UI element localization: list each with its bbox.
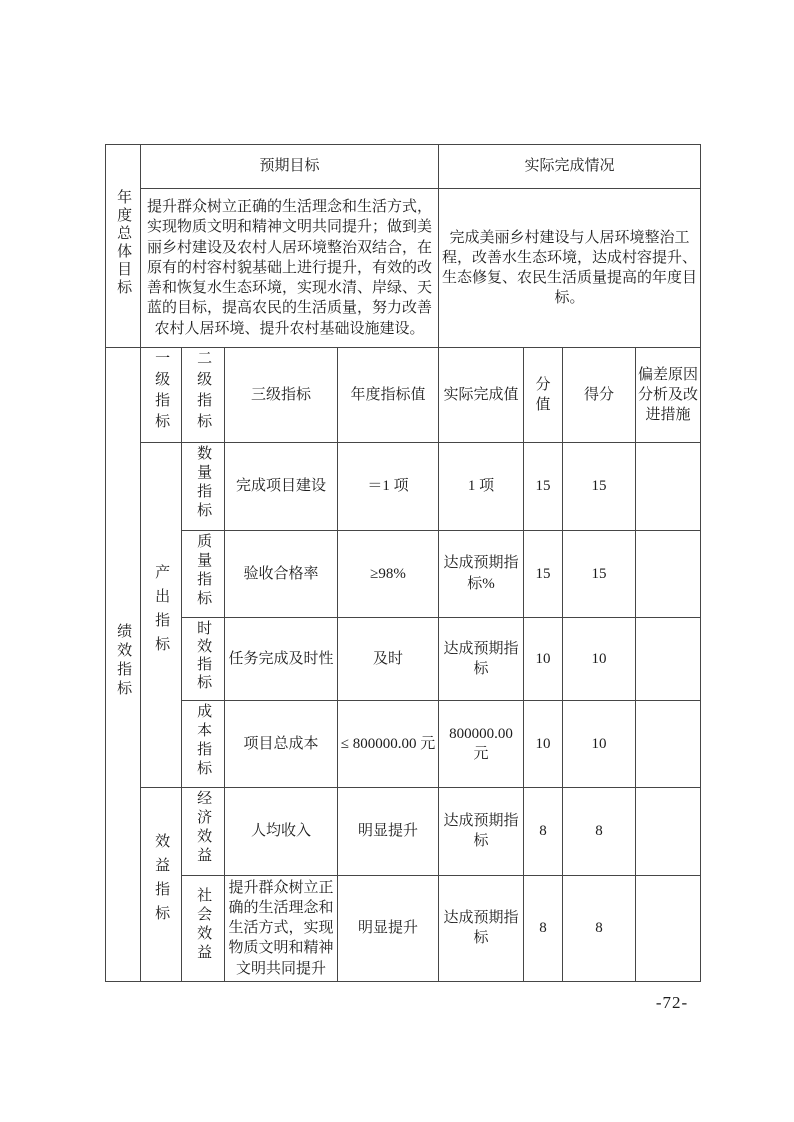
actual-value-cell: 达成预期指标% xyxy=(439,530,524,617)
score-cell: 10 xyxy=(563,701,636,788)
target-value-cell: ≥98% xyxy=(338,530,439,617)
level3-cell: 项目总成本 xyxy=(225,701,338,788)
col-header-level1: 一级指标 xyxy=(141,348,182,443)
goal-header-row: 年度总体目标 预期目标 实际完成情况 xyxy=(106,145,701,189)
expected-goal-text: 提升群众树立正确的生活理念和生活方式，实现物质文明和精神文明共同提升；做到美丽乡… xyxy=(141,189,439,348)
level2-cell: 数量指标 xyxy=(182,443,225,530)
score-cell: 15 xyxy=(563,443,636,530)
indicator-row-cost: 成本指标 项目总成本 ≤ 800000.00 元 800000.00 元 10 … xyxy=(106,701,701,788)
deviation-cell xyxy=(636,788,701,875)
col-header-deviation: 偏差原因分析及改进措施 xyxy=(636,348,701,443)
actual-value-cell: 1 项 xyxy=(439,443,524,530)
level2-cell: 经济效益 xyxy=(182,788,225,875)
document-page: 年度总体目标 预期目标 实际完成情况 提升群众树立正确的生活理念和生活方式，实现… xyxy=(0,0,794,1122)
level3-cell: 验收合格率 xyxy=(225,530,338,617)
overall-goal-row-header-cell: 年度总体目标 xyxy=(106,145,141,348)
actual-completion-header: 实际完成情况 xyxy=(439,145,701,189)
level2-cell: 质量指标 xyxy=(182,530,225,617)
performance-section-label: 绩效指标 xyxy=(113,623,133,699)
goal-text-row: 提升群众树立正确的生活理念和生活方式，实现物质文明和精神文明共同提升；做到美丽乡… xyxy=(106,189,701,348)
level1-output-cell: 产出指标 xyxy=(141,443,182,788)
indicator-row-economic: 效益指标 经济效益 人均收入 明显提升 达成预期指标 8 8 xyxy=(106,788,701,875)
performance-section-cell: 绩效指标 xyxy=(106,348,141,982)
level2-cell: 时效指标 xyxy=(182,617,225,700)
deviation-cell xyxy=(636,701,701,788)
target-value-cell: 明显提升 xyxy=(338,875,439,981)
level2-cell: 成本指标 xyxy=(182,701,225,788)
level3-cell: 任务完成及时性 xyxy=(225,617,338,700)
target-value-cell: ≤ 800000.00 元 xyxy=(338,701,439,788)
page-number: -72- xyxy=(640,993,704,1013)
actual-completion-text: 完成美丽乡村建设与人居环境整治工程，改善水生态环境，达成村容提升、生态修复、农民… xyxy=(439,189,701,348)
actual-value-cell: 达成预期指标 xyxy=(439,788,524,875)
expected-goal-header: 预期目标 xyxy=(141,145,439,189)
col-header-points: 分值 xyxy=(524,348,563,443)
col-header-level3: 三级指标 xyxy=(225,348,338,443)
actual-value-cell: 800000.00 元 xyxy=(439,701,524,788)
score-cell: 8 xyxy=(563,875,636,981)
performance-report-table: 年度总体目标 预期目标 实际完成情况 提升群众树立正确的生活理念和生活方式，实现… xyxy=(105,144,701,982)
deviation-cell xyxy=(636,443,701,530)
indicator-row-social: 社会效益 提升群众树立正确的生活理念和生活方式，实现物质文明和精神文明共同提升 … xyxy=(106,875,701,981)
indicator-header-row: 绩效指标 一级指标 二级指标 三级指标 年度指标值 实际完成值 分值 得分 偏差… xyxy=(106,348,701,443)
score-cell: 8 xyxy=(563,788,636,875)
level2-cell: 社会效益 xyxy=(182,875,225,981)
col-header-actual: 实际完成值 xyxy=(439,348,524,443)
points-cell: 8 xyxy=(524,875,563,981)
col-header-score: 得分 xyxy=(563,348,636,443)
col-header-level2: 二级指标 xyxy=(182,348,225,443)
deviation-cell xyxy=(636,530,701,617)
points-cell: 15 xyxy=(524,530,563,617)
overall-goal-row-header: 年度总体目标 xyxy=(113,189,133,297)
actual-value-cell: 达成预期指标 xyxy=(439,875,524,981)
indicator-row-quality: 质量指标 验收合格率 ≥98% 达成预期指标% 15 15 xyxy=(106,530,701,617)
points-cell: 10 xyxy=(524,701,563,788)
level1-output-label: 产出指标 xyxy=(151,564,171,660)
target-value-cell: 及时 xyxy=(338,617,439,700)
actual-value-cell: 达成预期指标 xyxy=(439,617,524,700)
deviation-cell xyxy=(636,617,701,700)
indicator-row-timeliness: 时效指标 任务完成及时性 及时 达成预期指标 10 10 xyxy=(106,617,701,700)
score-cell: 10 xyxy=(563,617,636,700)
level1-benefit-label: 效益指标 xyxy=(151,833,171,929)
level3-cell: 人均收入 xyxy=(225,788,338,875)
target-value-cell: 明显提升 xyxy=(338,788,439,875)
indicator-row-quantity: 产出指标 数量指标 完成项目建设 ＝1 项 1 项 15 15 xyxy=(106,443,701,530)
level1-benefit-cell: 效益指标 xyxy=(141,788,182,982)
target-value-cell: ＝1 项 xyxy=(338,443,439,530)
level3-cell: 完成项目建设 xyxy=(225,443,338,530)
points-cell: 15 xyxy=(524,443,563,530)
col-header-target: 年度指标值 xyxy=(338,348,439,443)
points-cell: 10 xyxy=(524,617,563,700)
score-cell: 15 xyxy=(563,530,636,617)
points-cell: 8 xyxy=(524,788,563,875)
deviation-cell xyxy=(636,875,701,981)
level3-cell: 提升群众树立正确的生活理念和生活方式，实现物质文明和精神文明共同提升 xyxy=(225,875,338,981)
